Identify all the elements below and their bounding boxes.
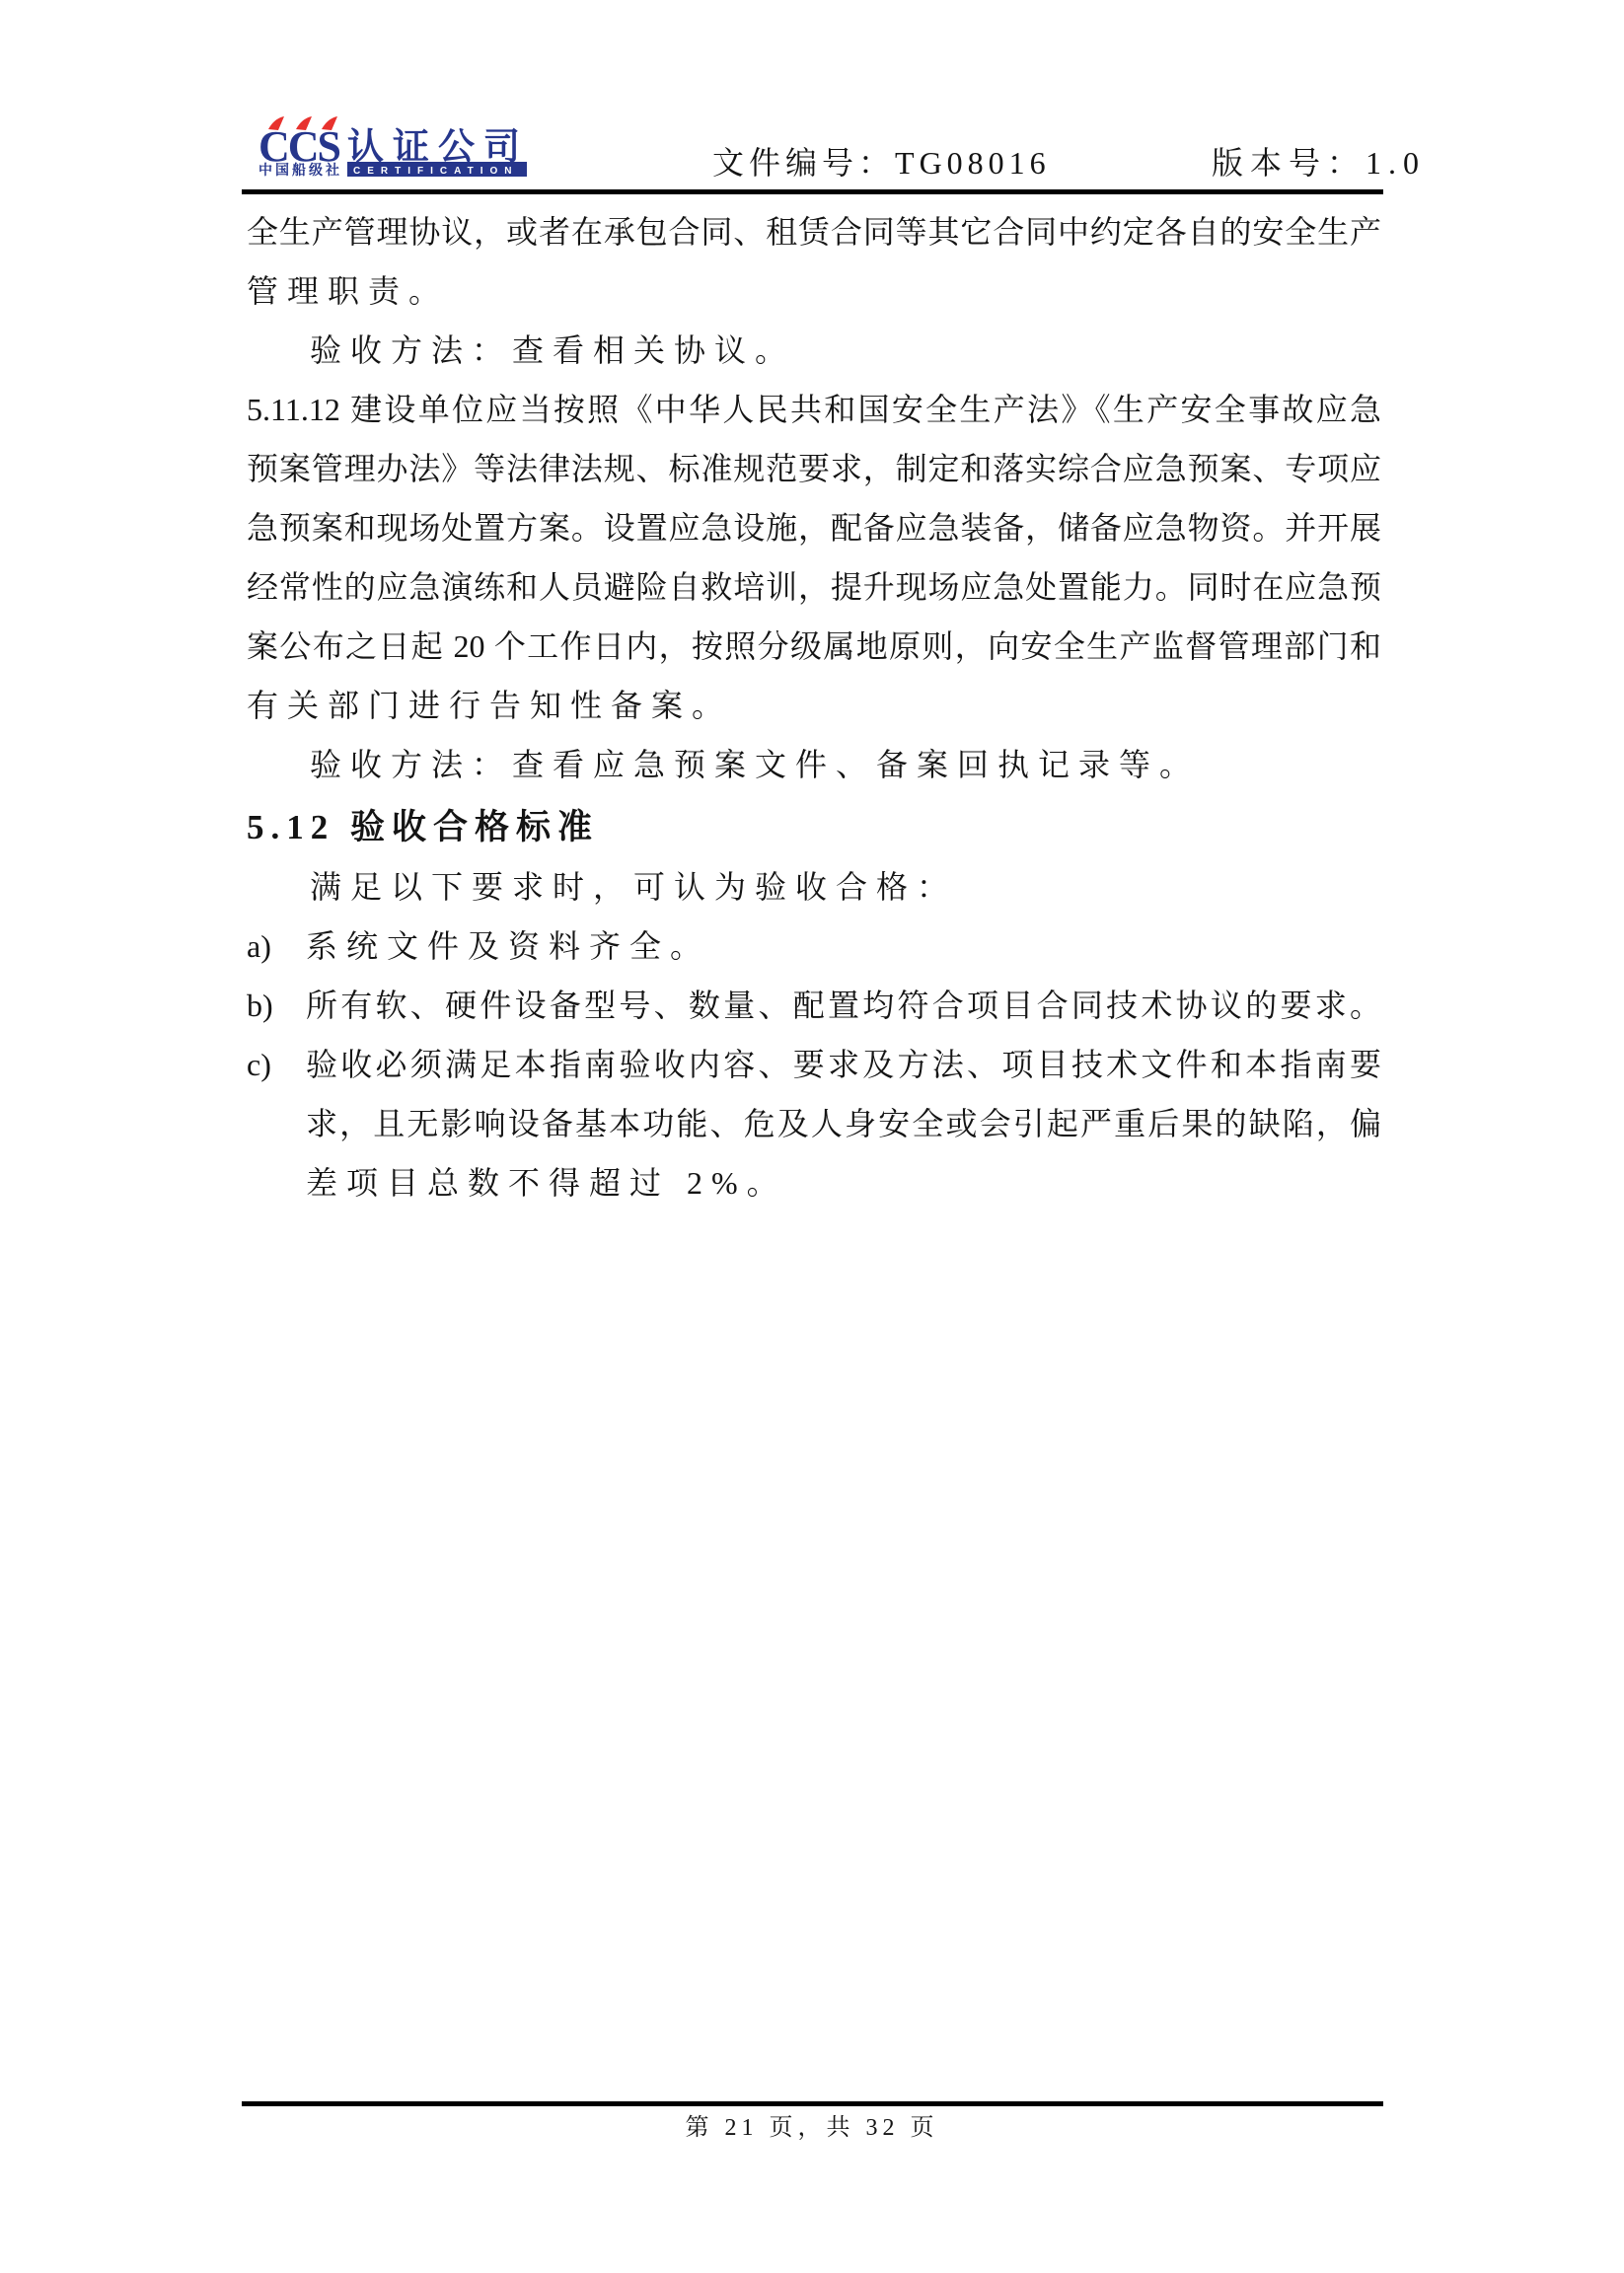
paragraph-line: 急预案和现场处置方案。设置应急设施，配备应急装备，储备应急物资。并开展 [247,498,1381,557]
paragraph-line: 5.11.12 建设单位应当按照《中华人民共和国安全生产法》《生产安全事故应急 [247,380,1381,439]
paragraph-line: 管理职责。 [247,261,1381,321]
logo-certification-label: CERTIFICATION [353,166,518,177]
list-line: 系统文件及资料齐全。 [306,917,1381,976]
doc-number-label: 文件编号： [712,145,895,181]
paragraph-line: 预案管理办法》等法律法规、标准规范要求，制定和落实综合应急预案、专项应 [247,439,1381,498]
list-line: 验收必须满足本指南验收内容、要求及方法、项目技术文件和本指南要 [306,1035,1381,1094]
list-line: 求，且无影响设备基本功能、危及人身安全或会引起严重后果的缺陷，偏 [306,1094,1381,1153]
method-line: 验收方法：查看应急预案文件、备案回执记录等。 [247,735,1381,794]
method-line: 验收方法：查看相关协议。 [247,321,1381,380]
intro-line: 满足以下要求时，可认为验收合格： [247,857,1381,917]
ccs-logo: CCS 中国船级社 认证公司 CERTIFICATION [258,115,530,177]
logo-subtitle-cn: 中国船级社 [258,162,342,177]
list-item: b) 所有软、硬件设备型号、数量、配置均符合项目合同技术协议的要求。 [247,976,1381,1035]
footer-divider [242,2101,1383,2106]
list-item-text: 系统文件及资料齐全。 [306,917,1381,976]
list-item: c) 验收必须满足本指南验收内容、要求及方法、项目技术文件和本指南要 求，且无影… [247,1035,1381,1212]
logo-company-cn: 认证公司 [347,126,529,167]
paragraph-line: 全生产管理协议，或者在承包合同、租赁合同等其它合同中约定各自的安全生产 [247,202,1381,261]
document-body: 全生产管理协议，或者在承包合同、租赁合同等其它合同中约定各自的安全生产 管理职责… [247,202,1381,1212]
doc-number: 文件编号：TG08016 [712,141,1051,184]
version-value: 1.0 [1366,145,1426,181]
doc-number-value: TG08016 [895,145,1051,181]
list-line: 差项目总数不得超过 2%。 [306,1153,1381,1212]
list-marker: b) [247,976,306,1035]
list-marker: a) [247,917,306,976]
header-divider [242,189,1383,194]
list-line: 所有软、硬件设备型号、数量、配置均符合项目合同技术协议的要求。 [306,976,1381,1035]
list-item: a) 系统文件及资料齐全。 [247,917,1381,976]
list-item-text: 验收必须满足本指南验收内容、要求及方法、项目技术文件和本指南要 求，且无影响设备… [306,1035,1381,1212]
paragraph-line: 经常性的应急演练和人员避险自救培训，提升现场应急处置能力。同时在应急预 [247,557,1381,617]
list-item-text: 所有软、硬件设备型号、数量、配置均符合项目合同技术协议的要求。 [306,976,1381,1035]
section-heading: 5.12 验收合格标准 [247,798,1381,857]
paragraph-line: 案公布之日起 20 个工作日内，按照分级属地原则，向安全生产监督管理部门和 [247,617,1381,676]
page-number: 第 21 页，共 32 页 [0,2110,1624,2146]
list-marker: c) [247,1035,306,1212]
document-page: CCS 中国船级社 认证公司 CERTIFICATION 文件编号：TG0801… [0,0,1624,2273]
version-number: 版本号：1.0 [1212,141,1426,184]
paragraph-line: 有关部门进行告知性备案。 [247,676,1381,735]
version-label: 版本号： [1212,145,1366,181]
